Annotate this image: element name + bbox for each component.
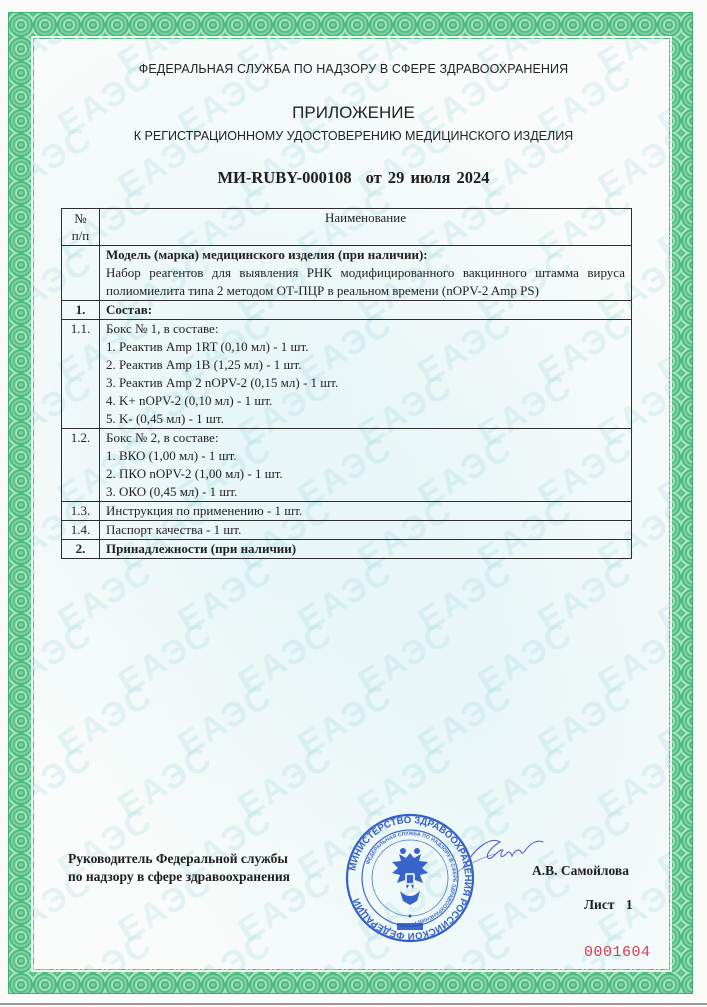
header-name: Наименование xyxy=(100,209,632,246)
watermark-text: ЕАЭС xyxy=(232,615,340,703)
row-content: Инструкция по применению - 1 шт. xyxy=(100,502,632,521)
signer-name: А.В. Самойлова xyxy=(532,863,629,879)
coat-of-arms-icon xyxy=(392,848,428,905)
watermark-text: ЕАЭС xyxy=(172,925,280,969)
row-number: 2. xyxy=(62,540,100,559)
table-header-row: № п/п Наименование xyxy=(62,209,632,246)
document-title: ПРИЛОЖЕНИЕ xyxy=(0,103,707,123)
table-row: 1.Состав: xyxy=(62,301,632,320)
row-title: Паспорт качества - 1 шт. xyxy=(106,521,625,539)
watermark-text: ЕАЭС xyxy=(112,615,220,703)
row-content: Бокс № 2, в составе:1. ВКО (1,00 мл) - 1… xyxy=(100,429,632,502)
model-number-cell xyxy=(62,246,100,301)
scan-edge xyxy=(0,1003,707,1005)
row-line-item: 4. K+ nOPV-2 (0,10 мл) - 1 шт. xyxy=(106,392,625,410)
table-row: 1.2.Бокс № 2, в составе:1. ВКО (1,00 мл)… xyxy=(62,429,632,502)
row-title: Бокс № 2, в составе: xyxy=(106,429,625,447)
composition-table: № п/п Наименование Модель (марка) медици… xyxy=(61,208,632,559)
header-number-symbol: № xyxy=(66,210,95,227)
watermark-text: ЕАЭС xyxy=(532,677,640,765)
model-label: Модель (марка) медицинского изделия (при… xyxy=(106,246,625,264)
form-serial-number: 0001604 xyxy=(584,944,651,961)
row-content: Принадлежности (при наличии) xyxy=(100,540,632,559)
table-row: 1.3.Инструкция по применению - 1 шт. xyxy=(62,502,632,521)
sheet-value: 1 xyxy=(626,897,633,912)
table-row: 1.1.Бокс № 1, в составе:1. Реактив Amp 1… xyxy=(62,320,632,429)
row-title: Состав: xyxy=(106,301,625,319)
watermark-text: ЕАЭС xyxy=(652,677,669,765)
row-content: Состав: xyxy=(100,301,632,320)
watermark-text: ЕАЭС xyxy=(352,615,460,703)
header-number: № п/п xyxy=(62,209,100,246)
watermark-text: ЕАЭС xyxy=(52,553,160,641)
row-title: Принадлежности (при наличии) xyxy=(106,540,625,558)
row-line-item: 3. Реактив Amp 2 nOPV-2 (0,15 мл) - 1 шт… xyxy=(106,374,625,392)
watermark-text: ЕАЭС xyxy=(172,677,280,765)
watermark-text: ЕАЭС xyxy=(532,553,640,641)
agency-header: ФЕДЕРАЛЬНАЯ СЛУЖБА ПО НАДЗОРУ В СФЕРЕ ЗД… xyxy=(0,62,707,76)
model-value: Набор реагентов для выявления РНК модифи… xyxy=(106,264,625,300)
row-title: Бокс № 1, в составе: xyxy=(106,320,625,338)
row-line-item: 2. Реактив Amp 1B (1,25 мл) - 1 шт. xyxy=(106,356,625,374)
watermark-text: ЕАЭС xyxy=(292,553,400,641)
watermark-text: ЕАЭС xyxy=(592,739,669,827)
watermark-text: ЕАЭС xyxy=(292,677,400,765)
row-number: 1. xyxy=(62,301,100,320)
sheet-label: Лист xyxy=(584,897,614,912)
registration-date: от 29 июля 2024 xyxy=(366,168,490,187)
row-line-item: 3. ОКО (0,45 мл) - 1 шт. xyxy=(106,483,625,501)
row-number: 1.3. xyxy=(62,502,100,521)
watermark-text: ЕАЭС xyxy=(592,615,669,703)
watermark-text: ЕАЭС xyxy=(412,677,520,765)
row-line-item: 1. ВКО (1,00 мл) - 1 шт. xyxy=(106,447,625,465)
position-line-1: Руководитель Федеральной службы xyxy=(68,850,290,868)
watermark-text: ЕАЭС xyxy=(652,181,669,269)
table-row: 1.4.Паспорт качества - 1 шт. xyxy=(62,521,632,540)
signatory-position: Руководитель Федеральной службы по надзо… xyxy=(68,850,290,886)
row-content: Паспорт качества - 1 шт. xyxy=(100,521,632,540)
row-line-item: 1. Реактив Amp 1RT (0,10 мл) - 1 шт. xyxy=(106,338,625,356)
watermark-text: ЕАЭС xyxy=(52,677,160,765)
watermark-text: ЕАЭС xyxy=(652,553,669,641)
registration-number: МИ-RUBY-000108 xyxy=(217,168,351,187)
watermark-text: ЕАЭС xyxy=(34,739,100,827)
model-cell: Модель (марка) медицинского изделия (при… xyxy=(100,246,632,301)
registration-line: МИ-RUBY-000108от 29 июля 2024 xyxy=(0,168,707,188)
watermark-text: ЕАЭС xyxy=(112,739,220,827)
position-line-2: по надзору в сфере здравоохранения xyxy=(68,868,290,886)
watermark-text: ЕАЭС xyxy=(52,925,160,969)
watermark-text: ЕАЭС xyxy=(172,553,280,641)
watermark-text: ЕАЭС xyxy=(34,615,100,703)
watermark-text: ЕАЭС xyxy=(652,429,669,517)
sheet-number: Лист 1 xyxy=(584,897,633,913)
row-number: 1.4. xyxy=(62,521,100,540)
row-number: 1.2. xyxy=(62,429,100,502)
row-content: Бокс № 1, в составе:1. Реактив Amp 1RT (… xyxy=(100,320,632,429)
row-title: Инструкция по применению - 1 шт. xyxy=(106,502,625,520)
watermark-text: ЕАЭС xyxy=(652,925,669,969)
table-row-model: Модель (марка) медицинского изделия (при… xyxy=(62,246,632,301)
header-number-abbr: п/п xyxy=(66,227,95,244)
watermark-text: ЕАЭС xyxy=(472,615,580,703)
table-row: 2.Принадлежности (при наличии) xyxy=(62,540,632,559)
watermark-text: ЕАЭС xyxy=(412,553,520,641)
watermark-text: ЕАЭС xyxy=(232,739,340,827)
watermark-text: ЕАЭС xyxy=(472,739,580,827)
watermark-text: ЕАЭС xyxy=(652,305,669,393)
document-subtitle: К РЕГИСТРАЦИОННОМУ УДОСТОВЕРЕНИЮ МЕДИЦИН… xyxy=(0,129,707,143)
row-line-item: 2. ПКО nOPV-2 (1,00 мл) - 1 шт. xyxy=(106,465,625,483)
watermark-text: ЕАЭС xyxy=(652,801,669,889)
row-line-item: 5. K- (0,45 мл) - 1 шт. xyxy=(106,410,625,428)
row-number: 1.1. xyxy=(62,320,100,429)
